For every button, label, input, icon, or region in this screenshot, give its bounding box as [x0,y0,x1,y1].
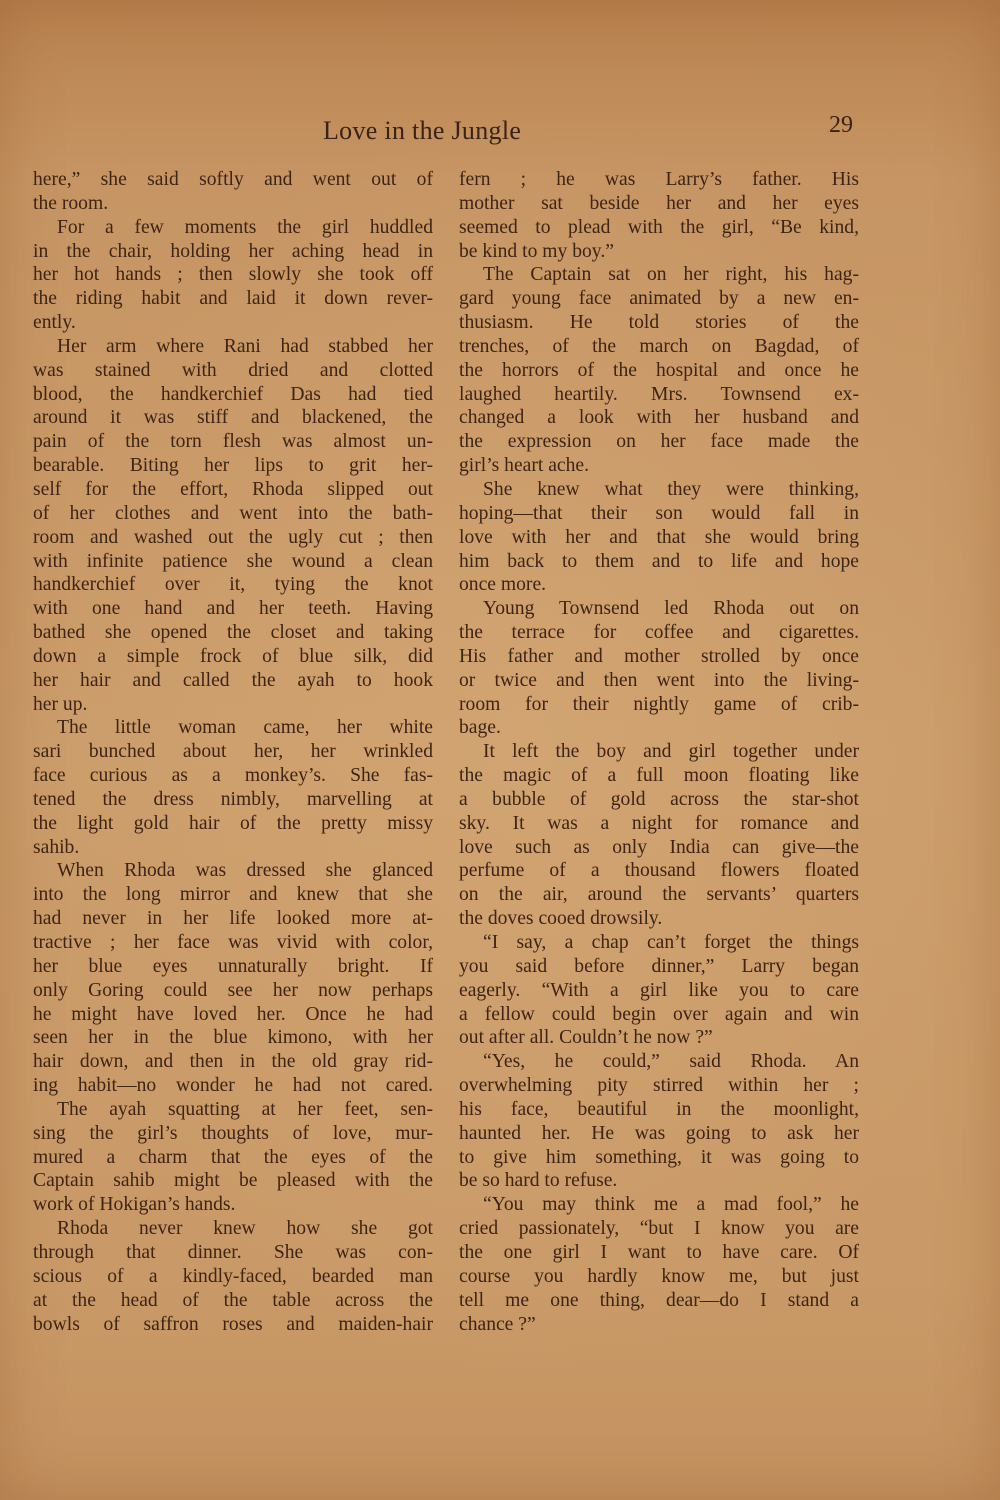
text-line: fern ; he was Larry’s father. His [459,168,859,192]
text-line: the horrors of the hospital and once he [459,359,859,383]
text-line: blood, the handkerchief Das had tied [33,383,433,407]
text-line: self for the effort, Rhoda slipped out [33,478,433,502]
text-line: Young Townsend led Rhoda out on [459,597,859,621]
text-line: room and washed out the ugly cut ; then [33,526,433,550]
text-line: haunted her. He was going to ask her [459,1122,859,1146]
text-line: tractive ; her face was vivid with color… [33,931,433,955]
book-title: Love in the Jungle [323,116,521,146]
text-line: work of Hokigan’s hands. [33,1193,433,1217]
text-line: “You may think me a mad fool,” he [459,1193,859,1217]
text-line: chance ?” [459,1313,859,1337]
text-line: here,” she said softly and went out of [33,168,433,192]
text-line: bage. [459,716,859,740]
text-line: the magic of a full moon floating like [459,764,859,788]
text-line: tell me one thing, dear—do I stand a [459,1289,859,1313]
text-line: his face, beautiful in the moonlight, [459,1098,859,1122]
text-line: changed a look with her husband and [459,406,859,430]
text-line: The little woman came, her white [33,716,433,740]
text-line: girl’s heart ache. [459,454,859,478]
text-line: once more. [459,573,859,597]
text-line: with one hand and her teeth. Having [33,597,433,621]
text-line: “I say, a chap can’t forget the things [459,931,859,955]
text-line: in the chair, holding her aching head in [33,240,433,264]
text-line: sahib. [33,836,433,860]
text-line: face curious as a monkey’s. She fas- [33,764,433,788]
text-line: sari bunched about her, her wrinkled [33,740,433,764]
text-line: She knew what they were thinking, [459,478,859,502]
text-line: The ayah squatting at her feet, sen- [33,1098,433,1122]
page-number: 29 [829,112,853,139]
text-line: her up. [33,693,433,717]
text-line: you said before dinner,” Larry began [459,955,859,979]
text-line: down a simple frock of blue silk, did [33,645,433,669]
text-line: hair down, and then in the old gray rid- [33,1050,433,1074]
text-line: the terrace for coffee and cigarettes. [459,621,859,645]
text-line: ing habit—no wonder he had not cared. [33,1074,433,1098]
text-line: out after all. Couldn’t he now ?” [459,1026,859,1050]
text-line: at the head of the table across the [33,1289,433,1313]
text-line: seen her in the blue kimono, with her [33,1026,433,1050]
text-line: scious of a kindly-faced, bearded man [33,1265,433,1289]
text-line: her hot hands ; then slowly she took off [33,263,433,287]
text-line: Rhoda never knew how she got [33,1217,433,1241]
text-line: a bubble of gold across the star-shot [459,788,859,812]
text-line: of her clothes and went into the bath- [33,502,433,526]
text-line: His father and mother strolled by once [459,645,859,669]
text-line: ently. [33,311,433,335]
text-line: handkerchief over it, tying the knot [33,573,433,597]
text-line: with infinite patience she wound a clean [33,550,433,574]
text-column-left: here,” she said softly and went out ofth… [33,168,433,1336]
text-line: the one girl I want to have care. Of [459,1241,859,1265]
text-line: sky. It was a night for romance and [459,812,859,836]
text-line: around it was stiff and blackened, the [33,406,433,430]
text-line: Captain sahib might be pleased with the [33,1169,433,1193]
running-header: Love in the Jungle 29 [0,112,1000,148]
text-line: into the long mirror and knew that she [33,883,433,907]
text-line: pain of the torn flesh was almost un- [33,430,433,454]
text-line: him back to them and to life and hope [459,550,859,574]
text-line: trenches, of the march on Bagdad, of [459,335,859,359]
text-line: through that dinner. She was con- [33,1241,433,1265]
text-line: seemed to plead with the girl, “Be kind, [459,216,859,240]
book-page: Love in the Jungle 29 here,” she said so… [0,0,1000,1500]
text-line: had never in her life looked more at- [33,907,433,931]
text-line: It left the boy and girl together under [459,740,859,764]
text-line: Her arm where Rani had stabbed her [33,335,433,359]
text-line: he might have loved her. Once he had [33,1003,433,1027]
text-line: laughed heartily. Mrs. Townsend ex- [459,383,859,407]
text-line: to give him something, it was going to [459,1146,859,1170]
text-line: on the air, around the servants’ quarter… [459,883,859,907]
text-line: love with her and that she would bring [459,526,859,550]
text-line: her blue eyes unnaturally bright. If [33,955,433,979]
text-line: mured a charm that the eyes of the [33,1146,433,1170]
text-line: gard young face animated by a new en- [459,287,859,311]
text-line: mother sat beside her and her eyes [459,192,859,216]
text-line: her hair and called the ayah to hook [33,669,433,693]
text-line: sing the girl’s thoughts of love, mur- [33,1122,433,1146]
text-line: bearable. Biting her lips to grit her- [33,454,433,478]
text-line: “Yes, he could,” said Rhoda. An [459,1050,859,1074]
text-line: cried passionately, “but I know you are [459,1217,859,1241]
text-line: be so hard to refuse. [459,1169,859,1193]
text-line: For a few moments the girl huddled [33,216,433,240]
text-line: overwhelming pity stirred within her ; [459,1074,859,1098]
text-line: bowls of saffron roses and maiden-hair [33,1313,433,1337]
text-line: When Rhoda was dressed she glanced [33,859,433,883]
text-line: bathed she opened the closet and taking [33,621,433,645]
text-line: the expression on her face made the [459,430,859,454]
text-line: hoping—that their son would fall in [459,502,859,526]
text-line: the light gold hair of the pretty missy [33,812,433,836]
text-line: a fellow could begin over again and win [459,1003,859,1027]
text-line: the room. [33,192,433,216]
text-line: course you hardly know me, but just [459,1265,859,1289]
text-line: or twice and then went into the living- [459,669,859,693]
text-column-right: fern ; he was Larry’s father. Hismother … [459,168,859,1336]
text-line: room for their nightly game of crib- [459,693,859,717]
text-line: only Goring could see her now perhaps [33,979,433,1003]
text-line: eagerly. “With a girl like you to care [459,979,859,1003]
text-line: The Captain sat on her right, his hag- [459,263,859,287]
text-line: the doves cooed drowsily. [459,907,859,931]
text-line: be kind to my boy.” [459,240,859,264]
text-line: was stained with dried and clotted [33,359,433,383]
text-line: the riding habit and laid it down rever- [33,287,433,311]
text-line: tened the dress nimbly, marvelling at [33,788,433,812]
text-line: thusiasm. He told stories of the [459,311,859,335]
text-line: love such as only India can give—the [459,836,859,860]
text-line: perfume of a thousand flowers floated [459,859,859,883]
